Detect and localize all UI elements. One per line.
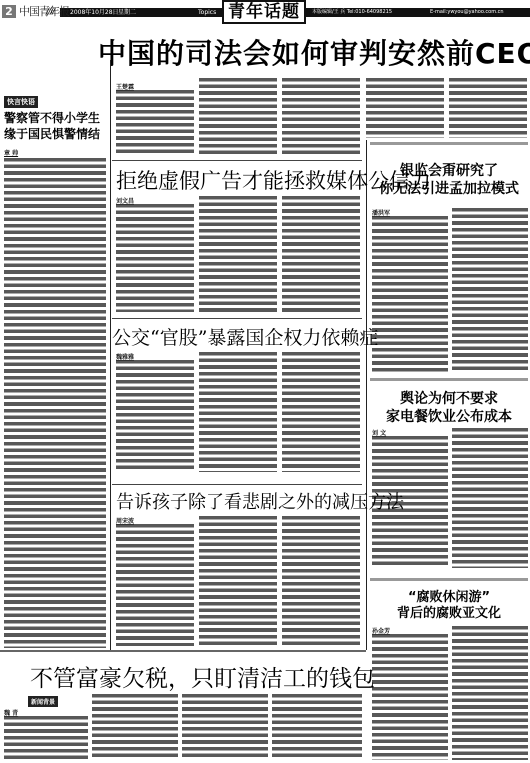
article-body: [92, 694, 178, 760]
article-body: [449, 78, 527, 138]
bank-headline-line2: 你无法引进孟加拉模式: [370, 178, 528, 198]
column-divider: [366, 140, 367, 650]
article-body: [282, 516, 360, 646]
article-body: [282, 196, 360, 312]
section-divider: [370, 142, 528, 145]
column-tag: 快言快语: [4, 96, 38, 108]
issue-date: 2008年10月28日: [70, 8, 119, 17]
news-background-tag: 新闻背景: [28, 696, 58, 707]
kids-headline: 告诉孩子除了看悲剧之外的减压方法: [116, 488, 404, 514]
tour-headline-line2: 背后的腐败亚文化: [370, 602, 528, 621]
article-body: [372, 216, 448, 372]
section-divider: [370, 378, 528, 381]
main-headline: 中国的司法会如何审判安然前CEO: [98, 32, 530, 72]
article-body: [272, 694, 362, 760]
section-divider: [112, 160, 362, 161]
article-body: [116, 360, 194, 472]
article-body: [452, 208, 528, 372]
section-divider: [0, 650, 366, 652]
article-body: [116, 524, 194, 646]
page-number: 2: [2, 5, 16, 18]
masthead: 2 中国青年报 //// 2008年10月28日 星期二 Topics 青年话题…: [0, 0, 530, 26]
article-body: [199, 352, 277, 472]
contact-info: 本版编辑/王 兵 Tel:010-64098215: [312, 8, 392, 17]
byline: 章 帅: [4, 148, 18, 157]
cost-headline-line1: 舆论为何不要求: [370, 388, 528, 408]
cost-headline-line2: 家电餐饮业公布成本: [370, 406, 528, 426]
bus-headline: 公交“官股”暴露国企权力依赖症: [112, 323, 378, 350]
article-body: [282, 352, 360, 472]
article-body: [452, 626, 528, 760]
section-title: 青年话题: [222, 0, 306, 24]
sidebar-headline-text: 警察管不得小学生缘于国民惧警情结: [4, 111, 100, 141]
article-body: [199, 78, 277, 156]
tax-headline: 不管富豪欠税，只盯清洁工的钱包: [30, 660, 375, 693]
decorative-slashes: ////: [46, 7, 54, 17]
article-body: [372, 634, 448, 760]
sidebar-headline: 警察管不得小学生缘于国民惧警情结: [4, 110, 108, 142]
column-divider: [110, 60, 111, 650]
paper-logo: 中国青年报: [19, 3, 69, 19]
weekday: 星期二: [118, 8, 136, 17]
article-body: [199, 516, 277, 646]
section-divider: [112, 318, 362, 319]
article-body: [199, 196, 277, 312]
section-divider: [112, 484, 362, 485]
email-address: E-mail:ywyou@yahoo.com.cn: [430, 8, 504, 17]
article-body: [116, 90, 194, 156]
article-body: [182, 694, 268, 760]
topics-label: Topics: [198, 8, 216, 17]
article-body: [282, 78, 360, 156]
article-body: [4, 158, 106, 648]
article-body: [116, 204, 194, 312]
article-body: [4, 716, 88, 760]
bank-headline-line1: 银监会甭研究了: [370, 160, 528, 180]
article-body: [366, 78, 444, 138]
section-divider: [370, 578, 528, 581]
article-body: [452, 428, 528, 568]
